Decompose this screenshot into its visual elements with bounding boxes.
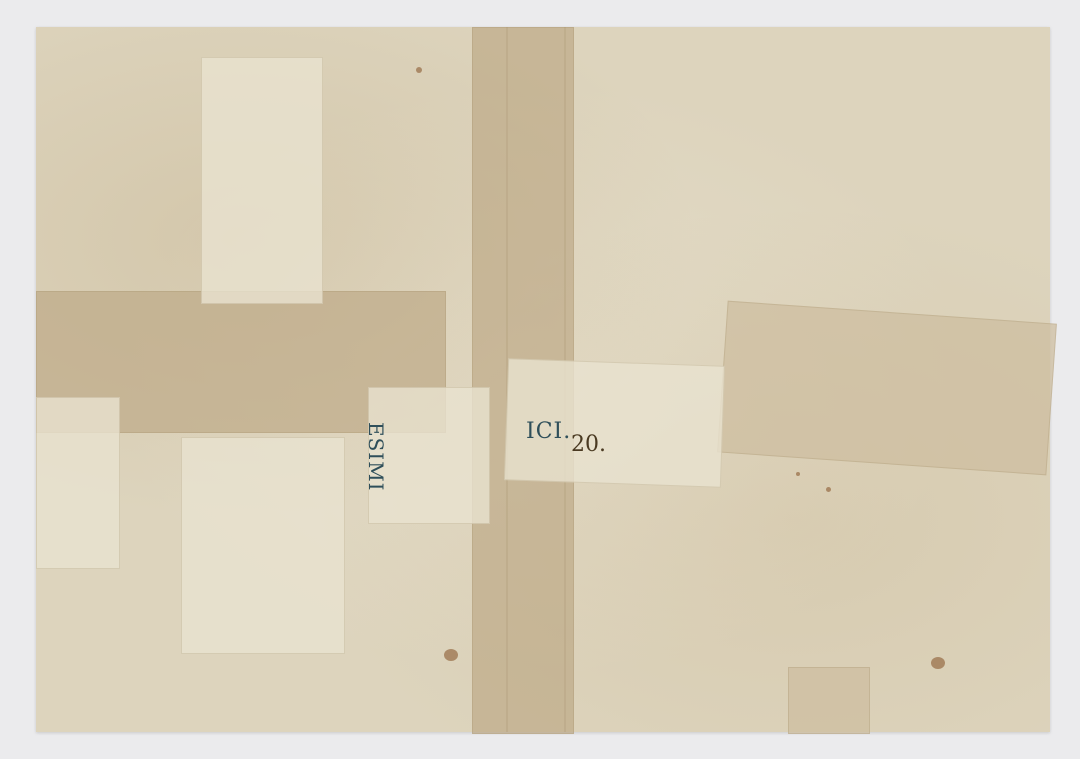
aged-paper-document: ESIMI ICI. 20. — [36, 27, 1050, 732]
horizontal-text-fragment: ICI. — [526, 419, 571, 444]
stain — [826, 487, 831, 492]
stain — [416, 67, 422, 73]
tape-upper-left — [201, 57, 323, 304]
vertical-text-fragment: ESIMI — [364, 422, 388, 492]
tape-lower-left — [181, 437, 345, 654]
stain — [796, 472, 800, 476]
stain — [931, 657, 945, 669]
denomination-number: 20. — [571, 432, 606, 457]
tape-left-edge — [36, 397, 120, 569]
tape-bottom-right — [788, 667, 870, 734]
stain — [444, 649, 458, 661]
tape-right-horizontal — [717, 301, 1057, 476]
